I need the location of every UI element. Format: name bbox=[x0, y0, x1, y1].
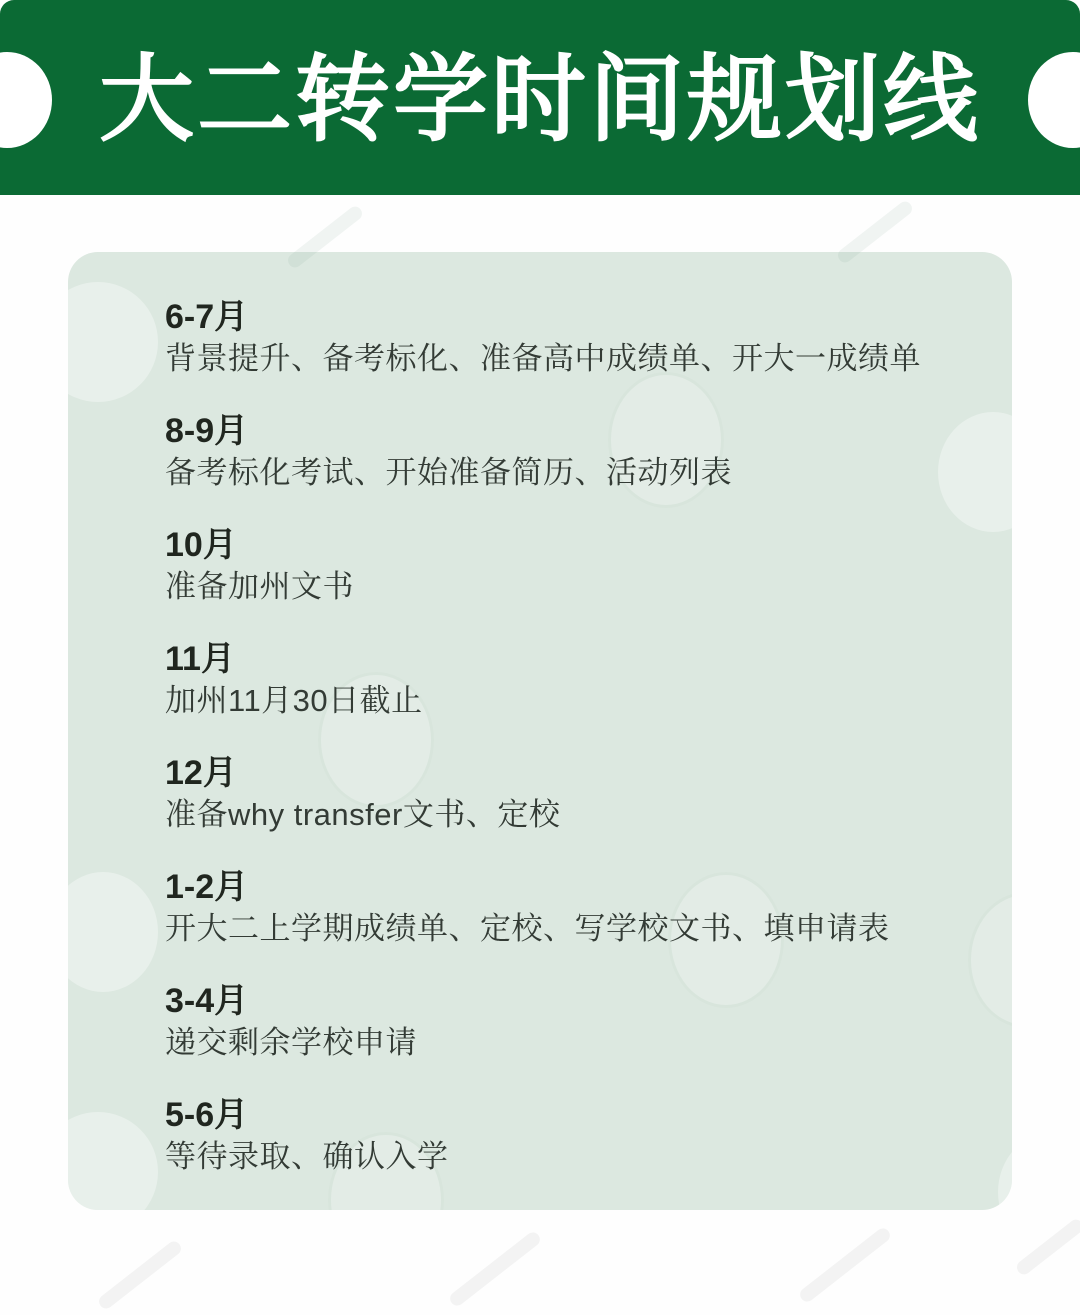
timeline-entry: 8-9月 备考标化考试、开始准备简历、活动列表 bbox=[165, 410, 972, 494]
timeline-tasks: 加州11月30日截止 bbox=[165, 680, 972, 722]
watermark-circle bbox=[998, 1132, 1012, 1210]
timeline-tasks: 等待录取、确认入学 bbox=[165, 1136, 972, 1178]
watermark-mark bbox=[96, 1239, 183, 1312]
watermark-circle bbox=[68, 872, 158, 992]
timeline-period: 11月 bbox=[165, 638, 972, 680]
timeline-entry: 5-6月 等待录取、确认入学 bbox=[165, 1094, 972, 1178]
timeline-entry: 1-2月 开大二上学期成绩单、定校、写学校文书、填申请表 bbox=[165, 866, 972, 950]
timeline-period: 3-4月 bbox=[165, 980, 972, 1022]
timeline-period: 1-2月 bbox=[165, 866, 972, 908]
timeline-tasks: 准备why transfer文书、定校 bbox=[165, 794, 972, 836]
timeline-entry: 11月 加州11月30日截止 bbox=[165, 638, 972, 722]
watermark-circle bbox=[68, 282, 158, 402]
timeline-tasks: 递交剩余学校申请 bbox=[165, 1022, 972, 1064]
poster-page: 大二转学时间规划线 6-7月 背景提升、备考标化、准备高中成绩单、开大一成绩单 … bbox=[0, 0, 1080, 1315]
timeline-period: 5-6月 bbox=[165, 1094, 972, 1136]
watermark-mark bbox=[1014, 1217, 1080, 1277]
timeline-tasks: 备考标化考试、开始准备简历、活动列表 bbox=[165, 452, 972, 494]
watermark-circle bbox=[968, 892, 1012, 1028]
timeline-entry: 3-4月 递交剩余学校申请 bbox=[165, 980, 972, 1064]
timeline-period: 6-7月 bbox=[165, 296, 972, 338]
page-title: 大二转学时间规划线 bbox=[99, 47, 981, 148]
timeline-entry: 10月 准备加州文书 bbox=[165, 524, 972, 608]
right-notch-circle bbox=[1028, 52, 1080, 148]
timeline-tasks: 开大二上学期成绩单、定校、写学校文书、填申请表 bbox=[165, 908, 972, 950]
timeline-period: 10月 bbox=[165, 524, 972, 566]
timeline-period: 12月 bbox=[165, 752, 972, 794]
timeline-tasks: 准备加州文书 bbox=[165, 566, 972, 608]
timeline-entry: 6-7月 背景提升、备考标化、准备高中成绩单、开大一成绩单 bbox=[165, 296, 972, 380]
timeline-period: 8-9月 bbox=[165, 410, 972, 452]
watermark-mark bbox=[447, 1230, 542, 1309]
header-banner: 大二转学时间规划线 bbox=[0, 0, 1080, 195]
left-notch-circle bbox=[0, 52, 52, 148]
timeline-tasks: 背景提升、备考标化、准备高中成绩单、开大一成绩单 bbox=[165, 338, 972, 380]
watermark-circle bbox=[68, 1112, 158, 1210]
watermark-mark bbox=[797, 1226, 892, 1305]
timeline-entry: 12月 准备why transfer文书、定校 bbox=[165, 752, 972, 836]
timeline-card: 6-7月 背景提升、备考标化、准备高中成绩单、开大一成绩单 8-9月 备考标化考… bbox=[68, 252, 1012, 1210]
